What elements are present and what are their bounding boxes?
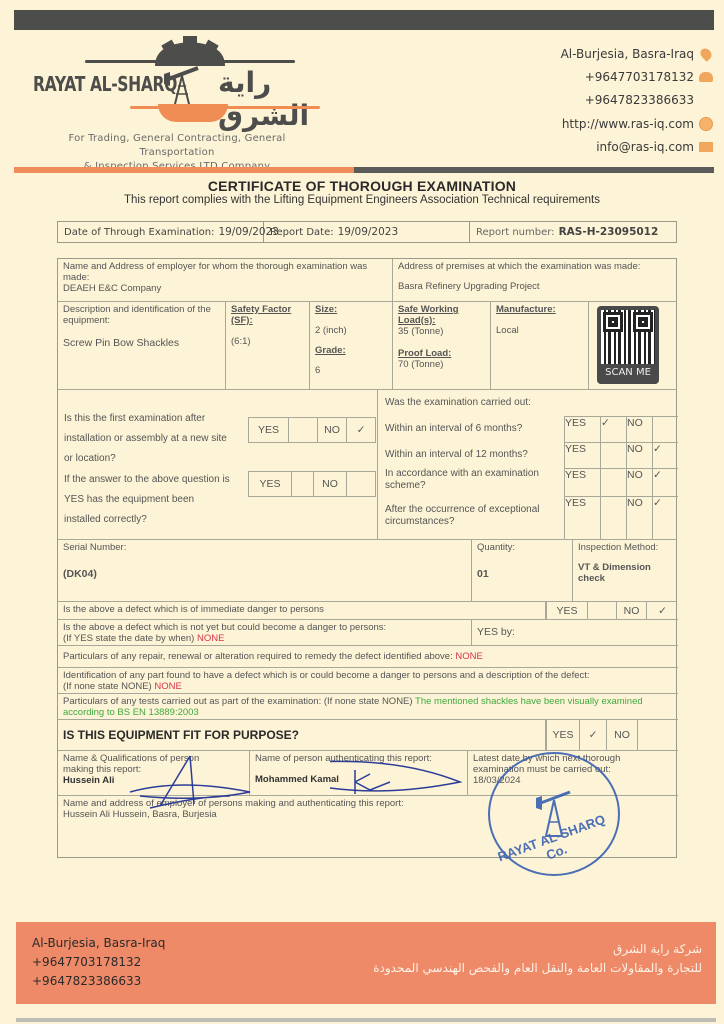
question-line: installed correctly? [64, 510, 249, 530]
question-line: Is this the first examination after [64, 409, 249, 429]
future-danger-value: NONE [197, 633, 224, 644]
serial-label: Serial Number: [63, 542, 466, 553]
logo-text-en: RAYAT AL-SHARQ [33, 72, 177, 96]
maker-cell: Name & Qualifications of person making t… [58, 751, 250, 796]
immediate-danger-yes-no: YES NO ✓ [546, 602, 678, 620]
part-defect-value: NONE [154, 681, 181, 692]
report-date-value: 19/09/2023 [338, 226, 399, 238]
yes-checkbox[interactable] [289, 418, 318, 442]
report-number-cell: Report number: RAS-H-23095012 [470, 222, 676, 242]
description-value: Screw Pin Bow Shackles [63, 338, 220, 349]
no-label: NO [607, 720, 638, 750]
inspection-method-cell: Inspection Method: VT & Dimension check [573, 540, 677, 602]
phone-icon [698, 69, 714, 85]
no-label: NO [318, 418, 347, 442]
premises-cell: Address of premises at which the examina… [393, 259, 677, 302]
no-checkbox[interactable] [347, 472, 375, 496]
installed-correctly-question: If the answer to the above question is Y… [64, 470, 249, 530]
yes-label: YES [565, 497, 601, 540]
contact-website[interactable]: http://www.ras-iq.com [561, 112, 714, 135]
footer-address: Al-Burjesia, Basra-Iraq [32, 934, 165, 953]
no-label: NO [627, 417, 653, 442]
yes-checkbox[interactable] [292, 472, 314, 496]
logo-line [85, 60, 295, 63]
divider-gray [354, 167, 714, 173]
certificate-title: CERTIFICATE OF THOROUGH EXAMINATION [0, 178, 724, 194]
proof-load-value: 70 (Tonne) [398, 359, 485, 370]
phone-text: +9647823386633 [585, 93, 694, 107]
swl-value: 35 (Tonne) [398, 326, 485, 337]
carried-out-question: Within an interval of 6 months? [385, 419, 522, 439]
yes-checkbox[interactable] [601, 497, 627, 540]
maker-value: Hussein Ali [63, 775, 244, 786]
premises-label: Address of premises at which the examina… [398, 261, 672, 272]
tagline-line: For Trading, General Contracting, Genera… [32, 132, 322, 160]
contact-phone-1: +9647703178132 [561, 65, 714, 88]
location-pin-icon [698, 46, 714, 62]
size-value: 2 (inch) [315, 325, 387, 336]
size-grade-cell: Size: 2 (inch) Grade: 6 [310, 302, 393, 390]
report-date-cell: Report Date: 19/09/2023 [264, 222, 470, 242]
immediate-danger-cell: Is the above a defect which is of immedi… [58, 602, 546, 620]
company-logo: RAYAT AL-SHARQ راية الشرق [30, 36, 330, 126]
repair-value: NONE [455, 651, 482, 662]
yes-label: YES [547, 602, 588, 619]
proof-load-label: Proof Load: [398, 348, 485, 359]
exam-date-cell: Date of Through Examination: 19/09/2023 [58, 222, 264, 242]
quantity-cell: Quantity: 01 [472, 540, 573, 602]
carried-out-question: After the occurrence of exceptional circ… [385, 504, 555, 528]
premises-value: Basra Refinery Upgrading Project [398, 281, 672, 292]
manufacture-value: Local [496, 325, 583, 336]
no-label: NO [627, 469, 653, 496]
answer-row: YES ✓ NO [565, 417, 678, 443]
yes-label: YES [249, 472, 292, 496]
yes-by-label: YES by: [477, 627, 673, 638]
installed-yes-no: YES NO [248, 471, 376, 497]
tests-cell: Particulars of any tests carried out as … [58, 694, 678, 720]
answer-row: YES NO ✓ [565, 443, 678, 469]
footer-phone: +9647823386633 [32, 972, 165, 991]
repair-question: Particulars of any repair, renewal or al… [63, 651, 453, 662]
footer-company-ar: شركة راية الشرق للتجارة والمقاولات العام… [373, 940, 702, 978]
no-checkbox[interactable]: ✓ [653, 469, 678, 496]
quantity-label: Quantity: [477, 542, 567, 553]
first-exam-yes-no: YES NO ✓ [248, 417, 376, 443]
no-label: NO [314, 472, 347, 496]
yes-label: YES [565, 443, 601, 468]
no-checkbox[interactable] [653, 417, 678, 442]
yes-checkbox[interactable]: ✓ [580, 720, 607, 750]
future-danger-cell: Is the above a defect which is not yet b… [58, 620, 472, 646]
question-line: or location? [64, 449, 249, 469]
description-cell: Description and identification of the eq… [58, 302, 226, 390]
contact-info: Al-Burjesia, Basra-Iraq +9647703178132 +… [561, 42, 714, 159]
safety-factor-cell: Safety Factor (SF): (6:1) [226, 302, 310, 390]
question-line: YES has the equipment been [64, 490, 249, 510]
header-divider [14, 167, 714, 173]
employer-cell: Name and Address of employer for whom th… [58, 259, 393, 302]
grade-label: Grade: [315, 345, 387, 356]
report-date-label: Report Date: [270, 227, 334, 238]
grade-value: 6 [315, 365, 387, 376]
divider-orange [14, 167, 354, 173]
phone-text: +9647703178132 [585, 70, 694, 84]
size-label: Size: [315, 304, 387, 315]
yes-label: YES [565, 417, 601, 442]
no-checkbox[interactable]: ✓ [653, 443, 678, 468]
first-exam-question: Is this the first examination after inst… [64, 409, 249, 469]
footer-ar-name: شركة راية الشرق [373, 940, 702, 959]
no-label: NO [617, 602, 647, 619]
carried-out-question: Within an interval of 12 months? [385, 445, 528, 465]
exam-date-label: Date of Through Examination: [64, 227, 214, 238]
immediate-danger-question: Is the above a defect which is of immedi… [63, 604, 540, 615]
footer-contact: Al-Burjesia, Basra-Iraq +9647703178132 +… [32, 934, 165, 991]
contact-email[interactable]: info@ras-iq.com [561, 136, 714, 159]
oil-pump-icon [162, 64, 202, 109]
spacer [698, 92, 714, 108]
question-line: If the answer to the above question is [64, 470, 249, 490]
email-link[interactable]: info@ras-iq.com [596, 140, 694, 154]
manufacture-cell: Manufacture: Local [491, 302, 589, 390]
yes-checkbox[interactable] [601, 469, 627, 496]
maker-label: Name & Qualifications of person making t… [63, 753, 223, 775]
answer-row: YES NO ✓ [565, 497, 678, 540]
carried-out-yes-no-grid: YES ✓ NO YES NO ✓ YES NO ✓ YES NO ✓ [564, 416, 678, 540]
report-number-label: Report number: [476, 227, 555, 238]
certificate-subtitle: This report complies with the Lifting Eq… [0, 194, 724, 206]
no-label: NO [627, 497, 653, 540]
question-line: installation or assembly at a new site [64, 429, 249, 449]
mail-icon [698, 139, 714, 155]
inspection-value: VT & Dimension check [578, 562, 658, 584]
manufacture-label: Manufacture: [496, 304, 583, 315]
date-bar: Date of Through Examination: 19/09/2023 … [57, 221, 677, 243]
answer-row: YES NO ✓ [565, 469, 678, 497]
yes-label: YES [249, 418, 289, 442]
future-danger-hint: (If YES state the date by when) [63, 633, 194, 644]
quantity-value: 01 [477, 569, 567, 580]
website-link[interactable]: http://www.ras-iq.com [562, 117, 694, 131]
carried-out-label: Was the examination carried out: [385, 393, 531, 413]
employer-label: Name and Address of employer for whom th… [63, 261, 387, 283]
authenticator-cell: Name of person authenticating this repor… [250, 751, 468, 796]
carried-out-question: In accordance with an examination scheme… [385, 468, 555, 492]
header-top-bar [14, 10, 714, 30]
address-text: Al-Burjesia, Basra-Iraq [561, 47, 694, 61]
yes-checkbox[interactable] [588, 602, 617, 619]
safety-factor-label: Safety Factor (SF): [231, 304, 304, 326]
authenticator-label: Name of person authenticating this repor… [255, 753, 462, 764]
future-danger-question: Is the above a defect which is not yet b… [63, 622, 466, 633]
company-stamp: RAYAT AL-SHARQ Co. [488, 752, 620, 876]
yes-label: YES [565, 469, 601, 496]
swl-cell: Safe Working Load(s): 35 (Tonne) Proof L… [393, 302, 491, 390]
serial-value: (DK04) [63, 569, 466, 580]
qr-code-icon [601, 310, 655, 364]
tests-question: Particulars of any tests carried out as … [63, 696, 413, 707]
contact-phone-2: +9647823386633 [561, 89, 714, 112]
part-defect-cell: Identification of any part found to have… [58, 668, 678, 694]
footer-ar-description: للتجارة والمقاولات العامة والنقل العام و… [373, 959, 702, 978]
logo-text-ar: راية الشرق [218, 66, 330, 132]
fit-for-purpose-cell: IS THIS EQUIPMENT FIT FOR PURPOSE? [58, 720, 546, 751]
description-label: Description and identification of the eq… [63, 304, 220, 326]
globe-icon [698, 116, 714, 132]
swl-label: Safe Working Load(s): [398, 304, 485, 326]
yes-label: YES [547, 720, 580, 750]
qr-label: SCAN ME [601, 367, 655, 378]
fit-for-purpose-yes-no: YES ✓ NO [546, 720, 678, 751]
yes-checkbox[interactable] [601, 443, 627, 468]
safety-factor-value: (6:1) [231, 336, 304, 347]
no-checkbox[interactable]: ✓ [347, 418, 375, 442]
inspection-label: Inspection Method: [578, 542, 672, 553]
footer-banner: Al-Burjesia, Basra-Iraq +9647703178132 +… [16, 922, 716, 1004]
yes-by-cell: YES by: [472, 620, 678, 646]
authenticator-value: Mohammed Kamal [255, 774, 462, 785]
yes-checkbox[interactable]: ✓ [601, 417, 627, 442]
report-number-value: RAS-H-23095012 [559, 226, 659, 238]
no-label: NO [627, 443, 653, 468]
repair-cell: Particulars of any repair, renewal or al… [58, 646, 678, 668]
employer-value: DEAEH E&C Company [63, 283, 387, 294]
footer-phone: +9647703178132 [32, 953, 165, 972]
no-checkbox[interactable]: ✓ [653, 497, 678, 540]
gear-icon [158, 104, 228, 122]
part-defect-hint: (If none state NONE) [63, 681, 152, 692]
fit-for-purpose-question: IS THIS EQUIPMENT FIT FOR PURPOSE? [63, 730, 540, 741]
part-defect-question: Identification of any part found to have… [63, 670, 673, 681]
serial-cell: Serial Number: (DK04) [58, 540, 472, 602]
contact-address: Al-Burjesia, Basra-Iraq [561, 42, 714, 65]
no-checkbox[interactable] [638, 720, 678, 750]
footer-shadow [16, 1018, 716, 1022]
qr-code[interactable]: SCAN ME [597, 306, 659, 384]
no-checkbox[interactable]: ✓ [647, 602, 678, 619]
